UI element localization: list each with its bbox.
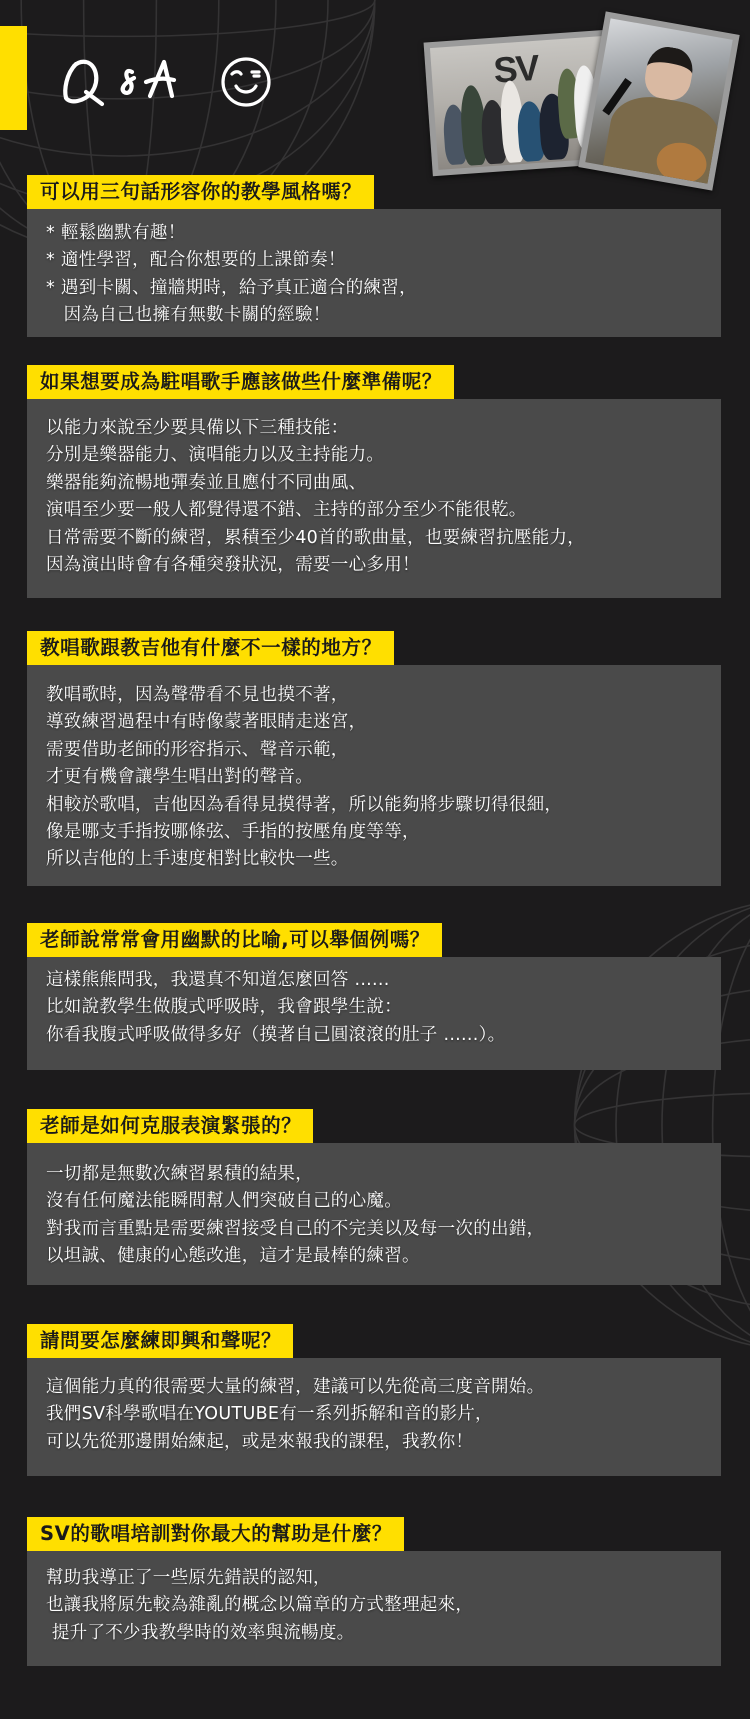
answer-line: * 遇到卡關、撞牆期時，給予真正適合的練習， <box>46 275 701 302</box>
question-title: 如果想要成為駐唱歌手應該做些什麼準備呢？ <box>27 365 454 399</box>
question-title: 教唱歌跟教吉他有什麼不一樣的地方？ <box>27 631 394 665</box>
answer-line: 以坦誠、健康的心態改進，這才是最棒的練習。 <box>46 1243 701 1270</box>
answer-line: 教唱歌時，因為聲帶看不見也摸不著， <box>46 682 701 709</box>
answer-box: * 輕鬆幽默有趣！ * 適性學習，配合你想要的上課節奏！ * 遇到卡關、撞牆期時… <box>27 209 721 337</box>
answer-box: 教唱歌時，因為聲帶看不見也摸不著， 導致練習過程中有時像蒙著眼睛走迷宮， 需要借… <box>27 665 721 886</box>
answer-line: 這個能力真的很需要大量的練習，建議可以先從高三度音開始。 <box>46 1374 701 1401</box>
answer-line: 演唱至少要一般人都覺得還不錯、主持的部分至少不能很乾。 <box>46 497 701 524</box>
answer-line: 相較於歌唱，吉他因為看得見摸得著，所以能夠將步驟切得很細， <box>46 792 701 819</box>
qa-section: 教唱歌跟教吉他有什麼不一樣的地方？ 教唱歌時，因為聲帶看不見也摸不著， 導致練習… <box>27 631 721 886</box>
qa-section: SV的歌唱培訓對你最大的幫助是什麼？ 幫助我導正了一些原先錯誤的認知， 也讓我將… <box>27 1517 721 1666</box>
answer-line: 需要借助老師的形容指示、聲音示範， <box>46 737 701 764</box>
winking-smiley-icon <box>223 59 269 105</box>
question-title: SV的歌唱培訓對你最大的幫助是什麼？ <box>27 1517 404 1551</box>
singer-photo <box>578 11 739 190</box>
qa-section: 老師說常常會用幽默的比喻,可以舉個例嗎？ 這樣熊熊問我，我還真不知道怎麼回答 .… <box>27 923 721 1070</box>
answer-line: 像是哪支手指按哪條弦、手指的按壓角度等等， <box>46 819 701 846</box>
answer-line: 對我而言重點是需要練習接受自己的不完美以及每一次的出錯， <box>46 1216 701 1243</box>
answer-box: 以能力來說至少要具備以下三種技能： 分別是樂器能力、演唱能力以及主持能力。 樂器… <box>27 399 721 598</box>
qa-section: 請問要怎麼練即興和聲呢？ 這個能力真的很需要大量的練習，建議可以先從高三度音開始… <box>27 1324 721 1476</box>
question-title: 可以用三句話形容你的教學風格嗎？ <box>27 175 374 209</box>
question-title: 老師說常常會用幽默的比喻,可以舉個例嗎？ <box>27 923 442 957</box>
answer-line: 才更有機會讓學生唱出對的聲音。 <box>46 764 701 791</box>
qa-section: 可以用三句話形容你的教學風格嗎？ * 輕鬆幽默有趣！ * 適性學習，配合你想要的… <box>27 175 721 337</box>
answer-line: 這樣熊熊問我，我還真不知道怎麼回答 ...... <box>46 967 701 994</box>
sv-wall-letters: SV <box>492 47 539 92</box>
answer-line: 一切都是無數次練習累積的結果， <box>46 1161 701 1188</box>
answer-line: 因為自己也擁有無數卡關的經驗！ <box>46 302 701 329</box>
qa-section: 老師是如何克服表演緊張的？ 一切都是無數次練習累積的結果， 沒有任何魔法能瞬間幫… <box>27 1109 721 1285</box>
answer-line: 因為演出時會有各種突發狀況，需要一心多用！ <box>46 552 701 579</box>
answer-line: 你看我腹式呼吸做得多好（摸著自己圓滾滾的肚子 ......）。 <box>46 1022 701 1049</box>
answer-line: * 輕鬆幽默有趣！ <box>46 220 701 247</box>
qa-logo <box>62 52 282 112</box>
answer-line: 沒有任何魔法能瞬間幫人們突破自己的心魔。 <box>46 1188 701 1215</box>
answer-line: 分別是樂器能力、演唱能力以及主持能力。 <box>46 442 701 469</box>
answer-box: 一切都是無數次練習累積的結果， 沒有任何魔法能瞬間幫人們突破自己的心魔。 對我而… <box>27 1143 721 1285</box>
answer-line: 幫助我導正了一些原先錯誤的認知， <box>46 1565 701 1592</box>
question-title: 請問要怎麼練即興和聲呢？ <box>27 1324 293 1358</box>
answer-line: 所以吉他的上手速度相對比較快一些。 <box>46 846 701 873</box>
answer-line: 可以先從那邊開始練起，或是來報我的課程，我教你！ <box>46 1429 701 1456</box>
answer-box: 幫助我導正了一些原先錯誤的認知， 也讓我將原先較為雜亂的概念以篇章的方式整理起來… <box>27 1551 721 1666</box>
answer-line: 也讓我將原先較為雜亂的概念以篇章的方式整理起來， <box>46 1592 701 1619</box>
answer-line: * 適性學習，配合你想要的上課節奏！ <box>46 247 701 274</box>
qa-section: 如果想要成為駐唱歌手應該做些什麼準備呢？ 以能力來說至少要具備以下三種技能： 分… <box>27 365 721 598</box>
yellow-accent-bar <box>0 26 27 130</box>
answer-box: 這樣熊熊問我，我還真不知道怎麼回答 ...... 比如說教學生做腹式呼吸時，我會… <box>27 957 721 1070</box>
answer-line: 我們SV科學歌唱在YOUTUBE有一系列拆解和音的影片， <box>46 1401 701 1428</box>
answer-line: 比如說教學生做腹式呼吸時，我會跟學生說： <box>46 994 701 1021</box>
question-title: 老師是如何克服表演緊張的？ <box>27 1109 313 1143</box>
answer-line: 提升了不少我教學時的效率與流暢度。 <box>46 1620 701 1647</box>
answer-line: 以能力來說至少要具備以下三種技能： <box>46 415 701 442</box>
answer-line: 日常需要不斷的練習，累積至少40首的歌曲量，也要練習抗壓能力， <box>46 525 701 552</box>
answer-box: 這個能力真的很需要大量的練習，建議可以先從高三度音開始。 我們SV科學歌唱在YO… <box>27 1358 721 1476</box>
answer-line: 樂器能夠流暢地彈奏並且應付不同曲風、 <box>46 470 701 497</box>
answer-line: 導致練習過程中有時像蒙著眼睛走迷宮， <box>46 709 701 736</box>
